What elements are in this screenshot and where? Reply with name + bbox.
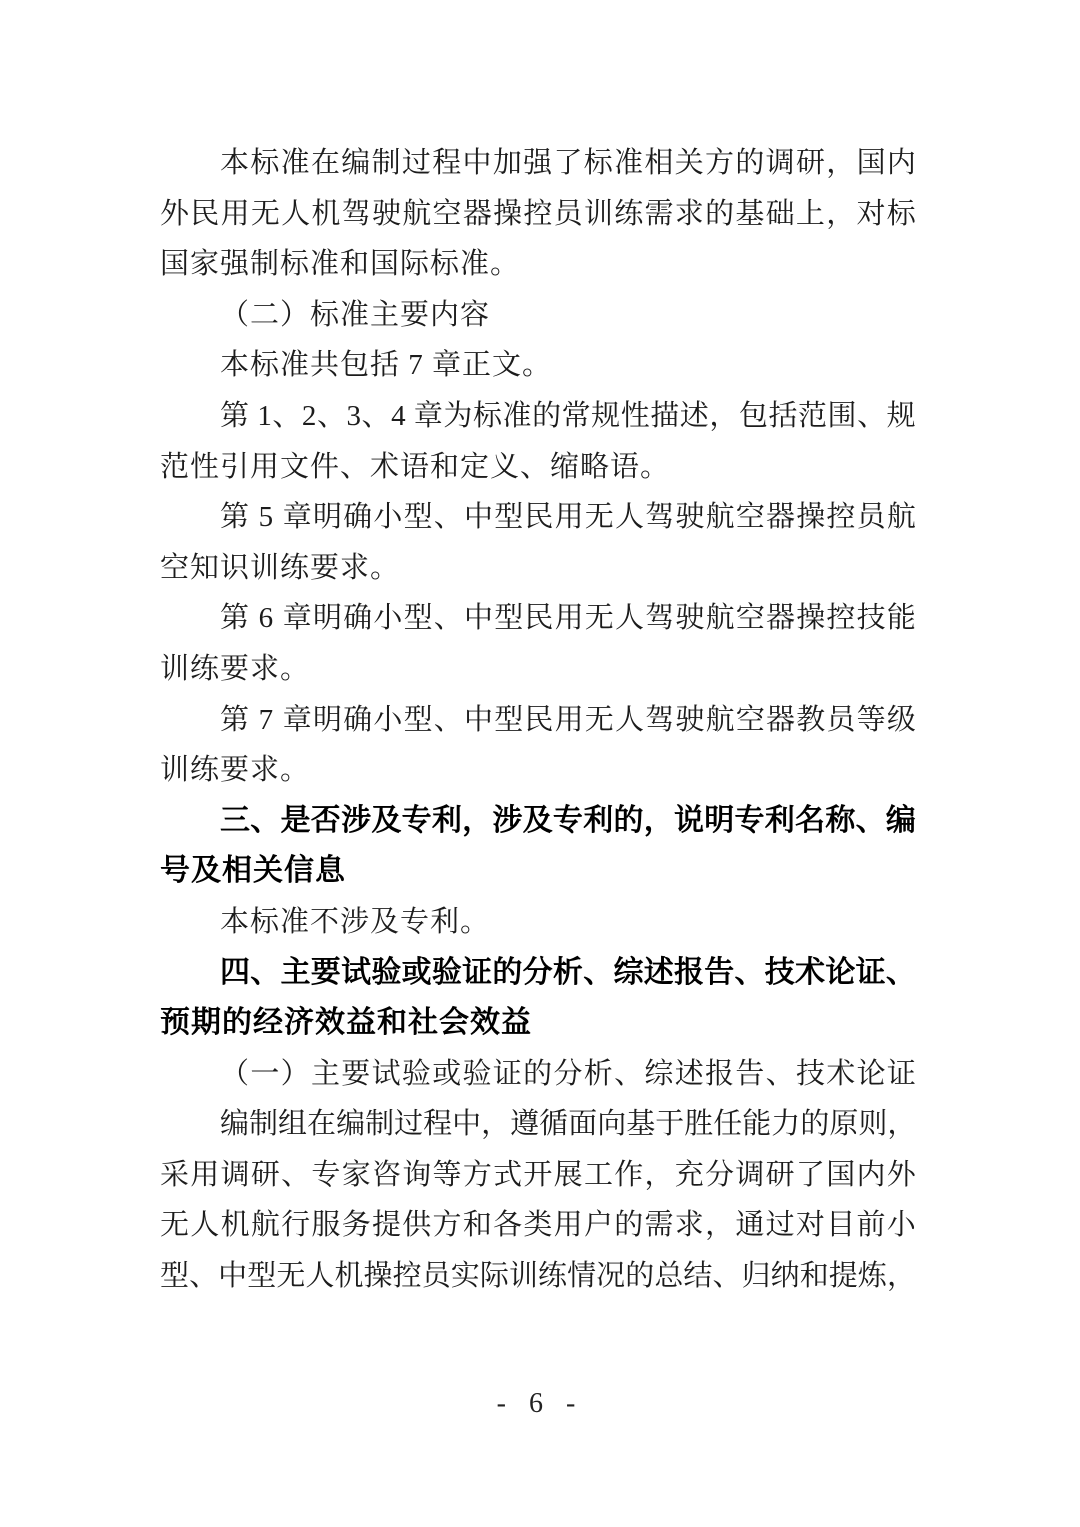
paragraph-line: 空知识训练要求。 bbox=[160, 543, 916, 594]
paragraph-line: 无人机航行服务提供方和各类用户的需求，通过对目前小 bbox=[160, 1200, 916, 1251]
section-heading: 三、是否涉及专利，涉及专利的，说明专利名称、编 bbox=[160, 796, 916, 847]
section-heading: 号及相关信息 bbox=[160, 846, 916, 897]
paragraph-line: 本标准在编制过程中加强了标准相关方的调研，国内 bbox=[160, 138, 916, 189]
document-body: 本标准在编制过程中加强了标准相关方的调研，国内 外民用无人机驾驶航空器操控员训练… bbox=[160, 138, 916, 1302]
paragraph-line: 第 6 章明确小型、中型民用无人驾驶航空器操控技能 bbox=[160, 593, 916, 644]
subsection-heading: （二）标准主要内容 bbox=[160, 290, 916, 341]
paragraph-line: 第 5 章明确小型、中型民用无人驾驶航空器操控员航 bbox=[160, 492, 916, 543]
paragraph-line: 范性引用文件、术语和定义、缩略语。 bbox=[160, 442, 916, 493]
paragraph-line: 本标准共包括 7 章正文。 bbox=[160, 340, 916, 391]
page-number: - 6 - bbox=[0, 1388, 1080, 1420]
paragraph-line: 本标准不涉及专利。 bbox=[160, 897, 916, 948]
paragraph-line: 外民用无人机驾驶航空器操控员训练需求的基础上，对标 bbox=[160, 189, 916, 240]
section-heading: 四、主要试验或验证的分析、综述报告、技术论证、 bbox=[160, 948, 916, 999]
paragraph-line: 训练要求。 bbox=[160, 644, 916, 695]
paragraph-line: 型、中型无人机操控员实际训练情况的总结、归纳和提炼， bbox=[160, 1251, 916, 1302]
section-heading: 预期的经济效益和社会效益 bbox=[160, 998, 916, 1049]
document-page: 本标准在编制过程中加强了标准相关方的调研，国内 外民用无人机驾驶航空器操控员训练… bbox=[0, 0, 1080, 1527]
paragraph-line: 采用调研、专家咨询等方式开展工作，充分调研了国内外 bbox=[160, 1150, 916, 1201]
paragraph-line: 第 1、2、3、4 章为标准的常规性描述，包括范围、规 bbox=[160, 391, 916, 442]
paragraph-line: 训练要求。 bbox=[160, 745, 916, 796]
paragraph-line: 国家强制标准和国际标准。 bbox=[160, 239, 916, 290]
subsection-heading: （一）主要试验或验证的分析、综述报告、技术论证 bbox=[160, 1049, 916, 1100]
paragraph-line: 第 7 章明确小型、中型民用无人驾驶航空器教员等级 bbox=[160, 695, 916, 746]
paragraph-line: 编制组在编制过程中，遵循面向基于胜任能力的原则， bbox=[160, 1099, 916, 1150]
